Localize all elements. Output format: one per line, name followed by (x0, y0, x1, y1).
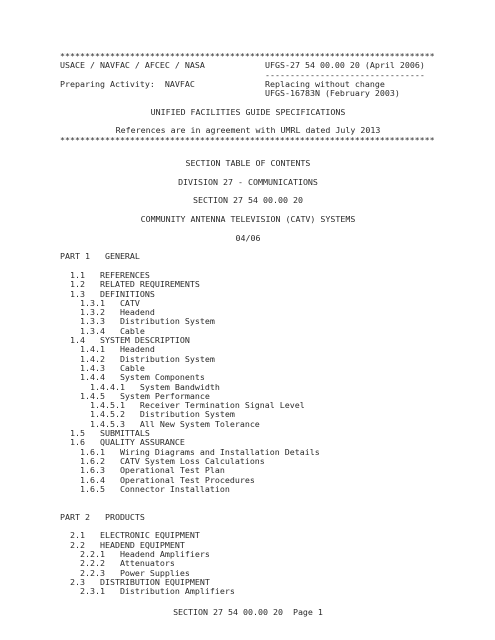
part-heading: PART 2 PRODUCTS (60, 513, 436, 522)
toc-heading: SECTION 27 54 00.00 20 (60, 196, 436, 205)
document-page: ****************************************… (0, 0, 495, 640)
toc-heading: SECTION TABLE OF CONTENTS (60, 159, 436, 168)
header-right-text: UFGS-16783N (February 2003) (265, 89, 400, 98)
header-rows: USACE / NAVFAC / AFCEC / NASAUFGS-27 54 … (60, 61, 436, 98)
page-footer: SECTION 27 54 00.00 20 Page 1 (60, 608, 436, 617)
part-block: PART 2 PRODUCTS 2.1 ELECTRONIC EQUIPMENT… (60, 513, 436, 597)
header-row: UFGS-16783N (February 2003) (60, 89, 436, 98)
toc-heading: 04/06 (60, 234, 436, 243)
toc-entry: 1.6.5 Connector Installation (60, 485, 436, 494)
toc-headings: SECTION TABLE OF CONTENTSDIVISION 27 - C… (60, 159, 436, 243)
toc-entry: 2.3.1 Distribution Amplifiers (60, 587, 436, 596)
header-left-text (60, 89, 265, 98)
header-left-text: USACE / NAVFAC / AFCEC / NASA (60, 61, 265, 70)
header-left-text: Preparing Activity: NAVFAC (60, 80, 265, 89)
part-heading: PART 1 GENERAL (60, 252, 436, 261)
header-title: UNIFIED FACILITIES GUIDE SPECIFICATIONS (60, 108, 436, 117)
toc-heading: COMMUNITY ANTENNA TELEVISION (CATV) SYST… (60, 215, 436, 224)
toc-parts: PART 1 GENERAL 1.1 REFERENCES 1.2 RELATE… (60, 252, 436, 596)
document-content: ****************************************… (60, 52, 436, 618)
toc-heading: DIVISION 27 - COMMUNICATIONS (60, 178, 436, 187)
part-block: PART 1 GENERAL 1.1 REFERENCES 1.2 RELATE… (60, 252, 436, 494)
header-rule-bottom: ****************************************… (60, 136, 436, 145)
